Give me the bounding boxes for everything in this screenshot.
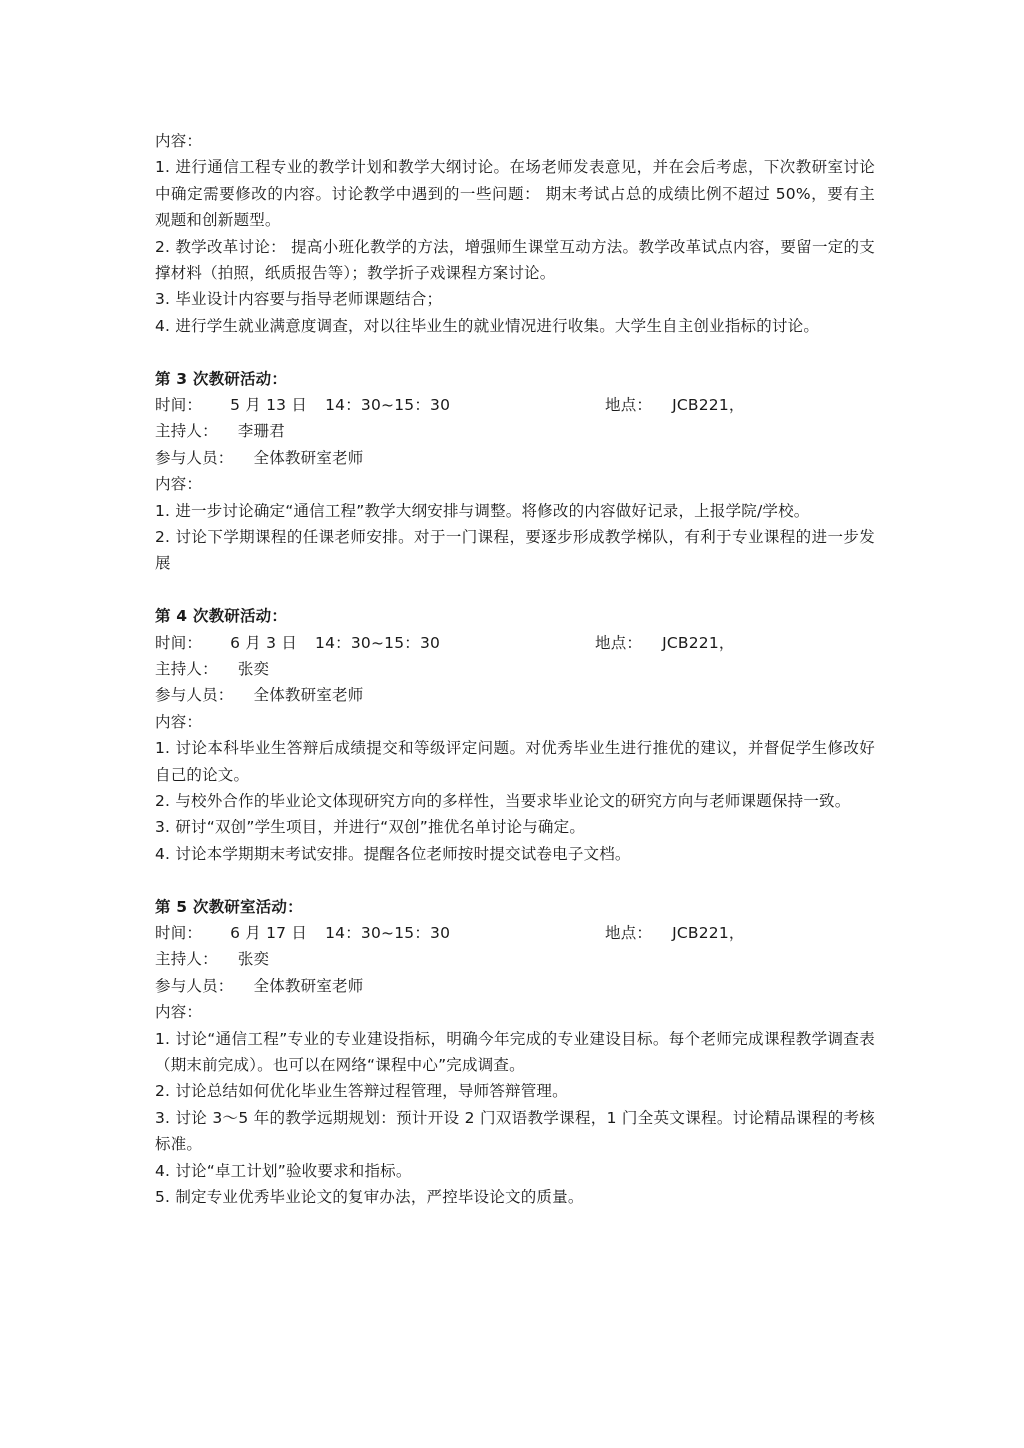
participants-label: 参与人员： [155,449,234,467]
session-title: 第 3 次教研活动： [155,366,875,392]
session-3: 第 3 次教研活动： 时间：5 月 13 日14：30~15：30 地点：JCB… [155,366,875,577]
content-item: 4. 讨论本学期期末考试安排。提醒各位老师按时提交试卷电子文档。 [155,841,875,867]
content-item: 1. 讨论本科毕业生答辩后成绩提交和等级评定问题。对优秀毕业生进行推优的建议，并… [155,735,875,788]
host-value: 张奕 [238,946,269,972]
time-label: 时间： [155,392,202,418]
location-value: JCB221， [672,920,745,946]
content-item: 3. 毕业设计内容要与指导老师课题结合； [155,286,875,312]
content-item: 2. 与校外合作的毕业论文体现研究方向的多样性，当要求毕业论文的研究方向与老师课… [155,788,875,814]
session-5: 第 5 次教研室活动： 时间：6 月 17 日14：30~15：30 地点：JC… [155,894,875,1211]
location: 地点：JCB221， [605,920,745,946]
location-label: 地点： [605,396,652,414]
host-row: 主持人：张奕 [155,946,875,972]
spacer [155,577,875,603]
participants-value: 全体教研室老师 [254,445,364,471]
location-value: JCB221， [672,392,745,418]
host-row: 主持人：张奕 [155,656,875,682]
session-4: 第 4 次教研活动： 时间：6 月 3 日14：30~15：30 地点：JCB2… [155,603,875,867]
session-time-range: 14：30~15：30 [325,924,450,942]
time-location-row: 时间：6 月 17 日14：30~15：30 地点：JCB221， [155,920,875,946]
content-label: 内容： [155,999,875,1025]
location-label: 地点： [595,634,642,652]
host-label: 主持人： [155,950,218,968]
participants-row: 参与人员：全体教研室老师 [155,445,875,471]
content-item: 5. 制定专业优秀毕业论文的复审办法，严控毕设论文的质量。 [155,1184,875,1210]
content-item: 4. 讨论“卓工计划”验收要求和指标。 [155,1158,875,1184]
participants-row: 参与人员：全体教研室老师 [155,973,875,999]
content-item: 3. 讨论 3～5 年的教学远期规划：预计开设 2 门双语教学课程，1 门全英文… [155,1105,875,1158]
session-time-range: 14：30~15：30 [315,634,440,652]
location-value: JCB221， [662,630,735,656]
content-item: 1. 进一步讨论确定“通信工程”教学大纲安排与调整。将修改的内容做好记录，上报学… [155,498,875,524]
participants-value: 全体教研室老师 [254,973,364,999]
content-item: 4. 进行学生就业满意度调查，对以往毕业生的就业情况进行收集。大学生自主创业指标… [155,313,875,339]
location-label: 地点： [605,924,652,942]
session-title: 第 5 次教研室活动： [155,894,875,920]
session-date: 6 月 3 日 [230,634,297,652]
document-page: 内容： 1. 进行通信工程专业的教学计划和教学大纲讨论。在场老师发表意见，并在会… [155,128,875,1210]
time-location-row: 时间：6 月 3 日14：30~15：30 地点：JCB221， [155,630,875,656]
spacer [155,867,875,893]
content-label: 内容： [155,471,875,497]
host-row: 主持人：李珊君 [155,418,875,444]
time-label: 时间： [155,630,202,656]
intro-section: 内容： 1. 进行通信工程专业的教学计划和教学大纲讨论。在场老师发表意见，并在会… [155,128,875,339]
session-date: 6 月 17 日 [230,924,307,942]
content-item: 1. 讨论“通信工程”专业的专业建设指标，明确今年完成的专业建设目标。每个老师完… [155,1026,875,1079]
time-location-row: 时间：5 月 13 日14：30~15：30 地点：JCB221， [155,392,875,418]
content-item: 3. 研讨“双创”学生项目，并进行“双创”推优名单讨论与确定。 [155,814,875,840]
host-value: 张奕 [238,656,269,682]
content-item: 2. 讨论总结如何优化毕业生答辩过程管理，导师答辩管理。 [155,1078,875,1104]
content-label: 内容： [155,128,875,154]
host-value: 李珊君 [238,418,285,444]
content-item: 2. 教学改革讨论： 提高小班化教学的方法，增强师生课堂互动方法。教学改革试点内… [155,234,875,287]
spacer [155,339,875,365]
content-item: 2. 讨论下学期课程的任课老师安排。对于一门课程，要逐步形成教学梯队，有利于专业… [155,524,875,577]
content-label: 内容： [155,709,875,735]
session-time-range: 14：30~15：30 [325,396,450,414]
session-date: 5 月 13 日 [230,396,307,414]
time-label: 时间： [155,920,202,946]
participants-row: 参与人员：全体教研室老师 [155,682,875,708]
participants-label: 参与人员： [155,686,234,704]
session-title: 第 4 次教研活动： [155,603,875,629]
host-label: 主持人： [155,422,218,440]
host-label: 主持人： [155,660,218,678]
location: 地点：JCB221， [605,392,745,418]
participants-label: 参与人员： [155,977,234,995]
participants-value: 全体教研室老师 [254,682,364,708]
content-item: 1. 进行通信工程专业的教学计划和教学大纲讨论。在场老师发表意见，并在会后考虑，… [155,154,875,233]
location: 地点：JCB221， [595,630,735,656]
